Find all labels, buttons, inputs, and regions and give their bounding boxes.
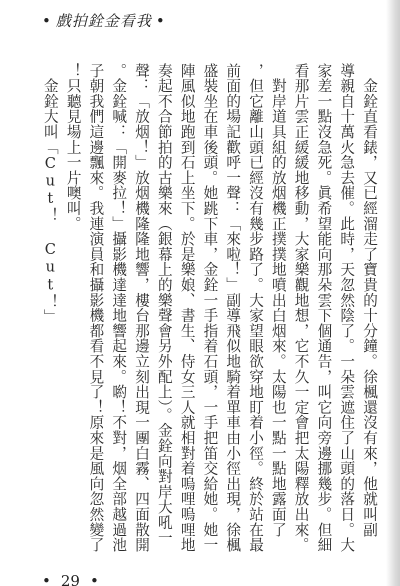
- text-column-10: 奏起不合節拍的古樂來（銀幕上的樂聲會另外配上）。金銓向對岸大吼一: [152, 63, 175, 533]
- body-text-vertical: 金銓直看錶，又已經溜走了寶貴的十分鐘。徐楓還沒有來，他就叫副 導親自十萬火急去催…: [38, 63, 380, 533]
- running-head-title: 戲拍銓金看我: [56, 12, 152, 30]
- running-head: •戲拍銓金看我•: [38, 10, 170, 31]
- text-column-4: 看那片雲正緩緩地移動，大家樂觀地想，它不久一定會把太陽釋放出來。: [289, 63, 312, 533]
- text-column-12: 。金銓喊：「開麥拉！」攝影機達達地響起來。喲！不對，烟全部越過池: [106, 63, 129, 533]
- text-column-13: 子朝我們這邊飄來。我連演員和攝影機都看不見了！原來是風向忽然變了: [84, 63, 107, 533]
- text-column-1: 金銓直看錶，又已經溜走了寶貴的十分鐘。徐楓還沒有來，他就叫副: [357, 63, 380, 533]
- folio-bullet-right: •: [90, 572, 99, 586]
- text-column-8: 盛裝坐在車後頭。她跳下車，金銓一手指着石頭，一手把笛交給她。她一: [198, 63, 221, 533]
- text-column-3: 家差一點沒急死。眞希望能向那朵雲下個通告，叫它向旁邊挪幾步。但細: [312, 63, 335, 533]
- page-folio: •29•: [32, 572, 109, 586]
- text-column-9: 陣風似地跑到石上坐下。於是樂娘、書生、侍女三人就相對着嗚哩嗚哩地: [175, 63, 198, 533]
- page-number: 29: [61, 572, 80, 586]
- scan-edge-shadow: [386, 0, 400, 586]
- text-column-2: 導親自十萬火急去催。此時，天忽然陰了。一朵雲遮住了山頭的落日。大: [334, 63, 357, 533]
- folio-bullet-left: •: [42, 572, 51, 586]
- bullet-right: •: [156, 12, 166, 30]
- text-column-15: 金銓大叫「Cut！ Cut！」: [38, 63, 61, 533]
- text-column-7: 前面的場記歡呼一聲：「來啦！」副導飛似地騎着單車由小徑出現，徐楓: [220, 63, 243, 533]
- text-column-6: ，但它離山頭已經沒有幾步路了。大家望眼欲穿地盯着小徑。終於站在最: [243, 63, 266, 533]
- text-column-11: 聲：「放烟！」放烟機隆隆地響，樓台那邊立刻出現一團白霧、四面散開: [129, 63, 152, 533]
- text-column-14: ！只聽見場上一片噢叫。: [61, 63, 84, 533]
- bullet-left: •: [42, 12, 52, 30]
- text-column-5: 對岸道具組的放烟機正撲撲地噴出白烟來。太陽也一點一點地露面了: [266, 63, 289, 533]
